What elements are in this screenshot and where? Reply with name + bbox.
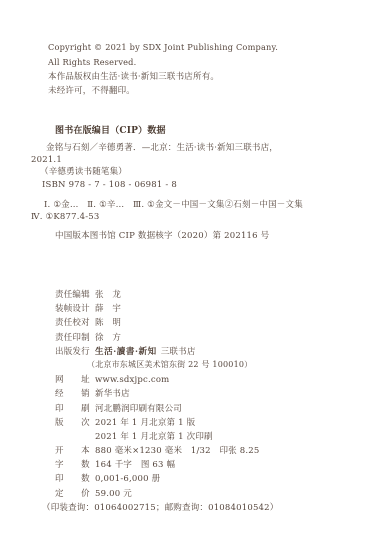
staff-value: 徐 方 xyxy=(95,331,121,343)
detail-value: 164 千字 图 63 幅 xyxy=(95,458,175,470)
rights-reserved-line: All Rights Reserved. xyxy=(48,55,278,70)
cip-classification-line-2: Ⅳ. ①K877.4-53 xyxy=(31,211,351,223)
detail-label: 网 址 xyxy=(55,373,89,385)
publisher-name: 三联书店 xyxy=(161,345,196,357)
detail-value: 59.00 元 xyxy=(95,487,132,499)
detail-row-wordcount: 字 数 164 千字 图 63 幅 xyxy=(55,458,365,472)
detail-label: 印 数 xyxy=(55,472,89,484)
detail-label: 定 价 xyxy=(55,487,89,499)
detail-value: 0,001-6,000 册 xyxy=(95,472,160,484)
detail-value: 2021 年 1 月北京第 1 版 xyxy=(95,416,195,428)
detail-value: 河北鹏润印刷有限公司 xyxy=(95,402,182,414)
website-url: www.sdxjpc.com xyxy=(95,375,169,385)
cip-series-line: （辛德勇读书随笔集） xyxy=(31,166,351,178)
detail-row-distributor: 经 销 新华书店 xyxy=(55,387,365,401)
staff-value: 张 龙 xyxy=(95,288,121,300)
detail-row-format: 开 本 880 毫米×1230 毫米 1/32 印张 8.25 xyxy=(55,444,365,458)
staff-label: 责任校对 xyxy=(55,316,89,328)
staff-label: 责任印制 xyxy=(55,331,89,343)
inquiry-phone-line: （印装查询：01064002715；邮购查询：01084010542） xyxy=(42,501,365,515)
detail-row-printing: 2021 年 1 月北京第 1 次印刷 xyxy=(55,430,365,444)
book-copyright-page: Copyright © 2021 by SDX Joint Publishing… xyxy=(0,0,375,548)
staff-row-print-supervisor: 责任印制 徐 方 xyxy=(55,331,365,345)
detail-row-price: 定 价 59.00 元 xyxy=(55,487,365,501)
detail-label: 开 本 xyxy=(55,444,89,456)
cip-data-block: 金铭与石刻／辛德勇著．—北京：生活·读书·新知三联书店， 2021.1 （辛德勇… xyxy=(31,142,351,223)
detail-label: 版 次 xyxy=(55,416,89,428)
cip-isbn-line: ISBN 978 - 7 - 108 - 06981 - 8 xyxy=(31,179,351,191)
detail-value: 2021 年 1 月北京第 1 次印刷 xyxy=(95,430,213,442)
inquiry-phone-text: （印装查询：01064002715；邮购查询：01084010542） xyxy=(42,501,278,513)
publisher-address: （北京市东城区美术馆东街 22 号 100010） xyxy=(87,359,252,370)
detail-row-printrun: 印 数 0,001-6,000 册 xyxy=(55,472,365,486)
publisher-brand-logotype: 生活·讀書·新知 xyxy=(95,345,157,357)
publisher-label: 出版发行 xyxy=(55,345,89,357)
staff-label: 装帧设计 xyxy=(55,302,89,314)
staff-value: 薛 宇 xyxy=(95,302,121,314)
detail-label: 经 销 xyxy=(55,387,89,399)
staff-row-designer: 装帧设计 薛 宇 xyxy=(55,302,365,316)
cip-classification-line-1: Ⅰ. ①金… Ⅱ. ①辛… Ⅲ. ①金文－中国－文集②石刻－中国－文集 xyxy=(31,199,351,211)
no-reprint-line: 未经许可，不得翻印。 xyxy=(48,84,278,99)
staff-row-proofreader: 责任校对 陈 明 xyxy=(55,316,365,330)
staff-row-editor: 责任编辑 张 龙 xyxy=(55,288,365,302)
staff-label: 责任编辑 xyxy=(55,288,89,300)
detail-row-edition: 版 次 2021 年 1 月北京第 1 版 xyxy=(55,416,365,430)
copyright-line-english: Copyright © 2021 by SDX Joint Publishing… xyxy=(48,40,278,55)
copyright-block: Copyright © 2021 by SDX Joint Publishing… xyxy=(48,40,278,99)
detail-value: 新华书店 xyxy=(95,387,130,399)
copyright-line-chinese: 本作品版权由生活·读书·新知三联书店所有。 xyxy=(48,70,278,85)
staff-value: 陈 明 xyxy=(95,316,121,328)
detail-row-printer: 印 刷 河北鹏润印刷有限公司 xyxy=(55,402,365,416)
cip-year-line: 2021.1 xyxy=(31,154,351,166)
cip-registration-line: 中国版本图书馆 CIP 数据核字（2020）第 202116 号 xyxy=(55,229,269,241)
colophon-block: 责任编辑 张 龙 装帧设计 薛 宇 责任校对 陈 明 责任印制 徐 方 出版发行… xyxy=(55,288,365,515)
detail-row-website: 网 址 www.sdxjpc.com xyxy=(55,373,365,387)
detail-label: 字 数 xyxy=(55,458,89,470)
publisher-address-row: （北京市东城区美术馆东街 22 号 100010） xyxy=(55,359,365,373)
cip-heading: 图书在版编目（CIP）数据 xyxy=(55,123,166,136)
publisher-row: 出版发行 生活·讀書·新知 三联书店 xyxy=(55,345,365,359)
detail-label: 印 刷 xyxy=(55,402,89,414)
cip-title-line: 金铭与石刻／辛德勇著．—北京：生活·读书·新知三联书店， xyxy=(31,142,351,154)
detail-value: 880 毫米×1230 毫米 1/32 印张 8.25 xyxy=(95,444,260,456)
